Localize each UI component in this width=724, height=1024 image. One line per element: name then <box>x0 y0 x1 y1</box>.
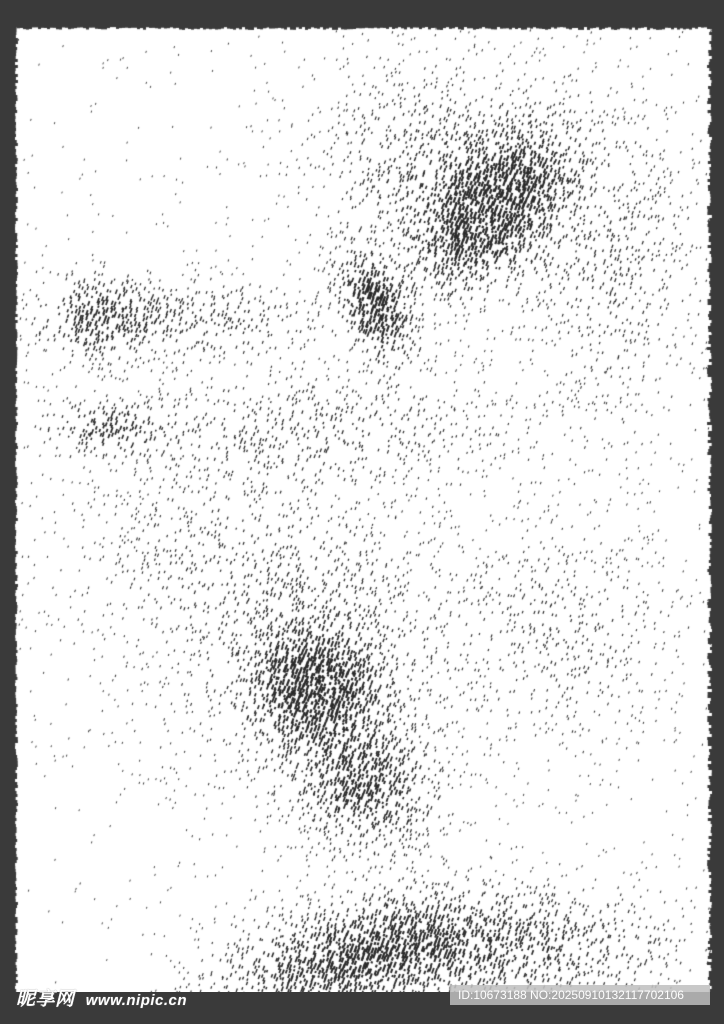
halftone-texture-paper <box>14 26 714 992</box>
watermark-url: www.nipic.cn <box>86 992 187 1009</box>
watermark-brand-name: 昵享网 <box>16 989 75 1010</box>
watermark-id-strip: ID:10673188 NO:20250910132117702106 <box>450 985 710 1005</box>
watermark-id-text: ID:10673188 NO:20250910132117702106 <box>458 988 684 1002</box>
watermark-brand: 昵享网 www.nipic.cn <box>16 984 187 1011</box>
halftone-texture <box>14 26 714 992</box>
